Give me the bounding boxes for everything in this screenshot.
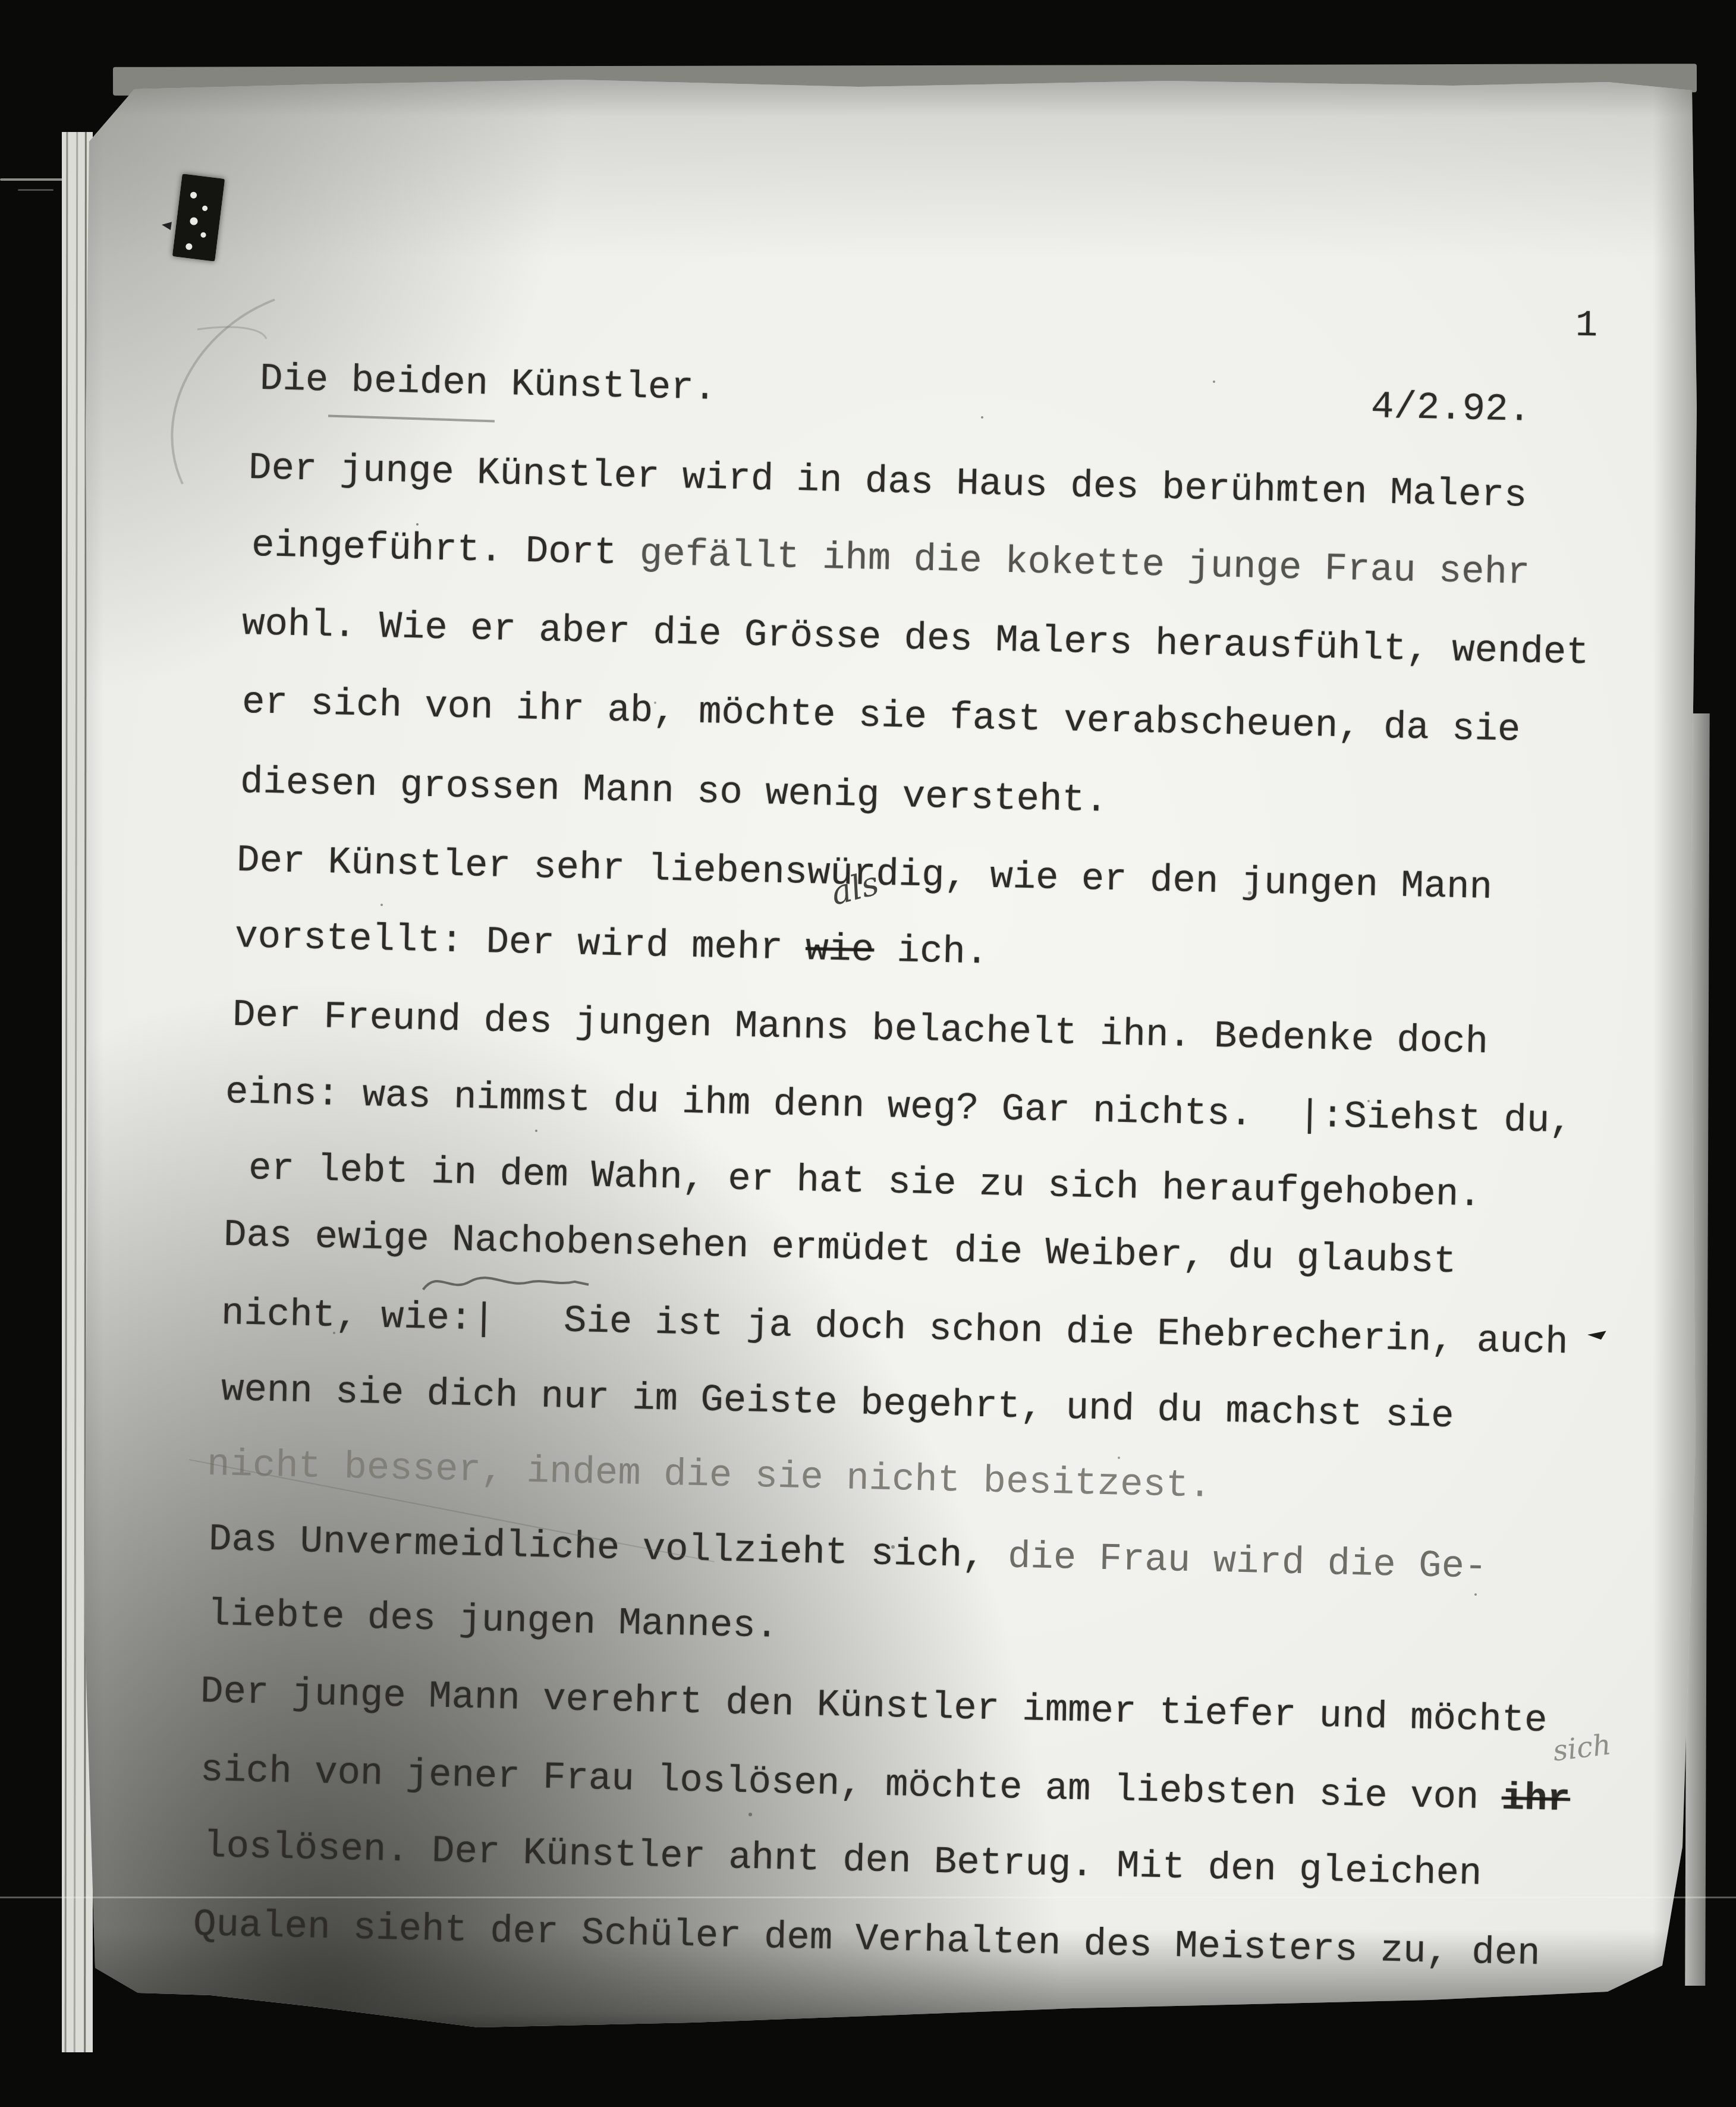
sheet-edge-line — [65, 132, 68, 2052]
ink-arrow-mark-icon — [161, 221, 172, 230]
scanner-artifact-line — [0, 1897, 1736, 1898]
struck-word: wie — [805, 928, 875, 972]
document-title: Die beiden Künstler. — [259, 356, 717, 413]
date: 4/2.92. — [1370, 386, 1531, 432]
page-number: 1 — [1575, 304, 1597, 347]
scan-scratch — [18, 189, 54, 191]
sheet-edge-line — [74, 132, 78, 2052]
handwritten-correction-sich: sich — [1551, 1728, 1613, 1768]
pencil-squiggle — [419, 1261, 599, 1309]
scanned-manuscript-screen: { "document": { "page_number": "1", "dat… — [0, 0, 1736, 2107]
date-line: 4/2.92. — [1370, 383, 1531, 435]
struck-word: ihr — [1501, 1778, 1571, 1822]
